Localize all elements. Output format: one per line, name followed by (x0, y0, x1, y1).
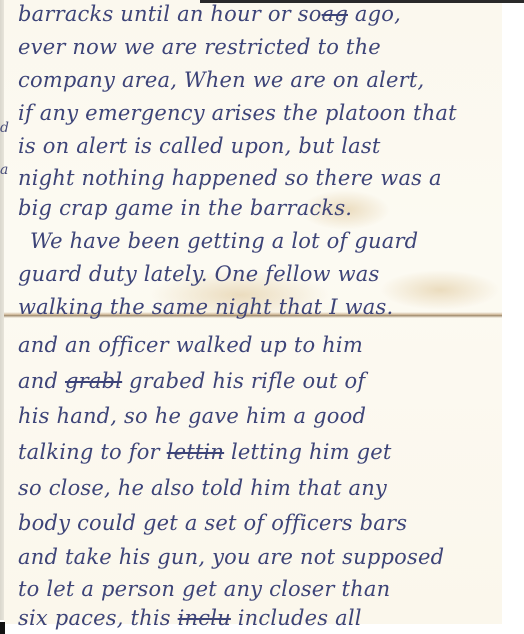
scan-corner-shadow (0, 622, 5, 634)
margin-note: a (0, 162, 8, 178)
line-text: letting him get (224, 440, 391, 464)
margin-note: d (0, 120, 9, 136)
line-text: and (18, 369, 58, 393)
text-line: We have been getting a lot of guard (30, 229, 418, 253)
text-line: is on alert is called upon, but last (18, 134, 380, 158)
struck-word: lettin (167, 440, 224, 464)
text-line: so close, he also told him that any (18, 476, 387, 500)
line-text: barracks until an hour or so (18, 2, 322, 26)
text-line: talking to for lettin letting him get (18, 440, 392, 464)
struck-word: grabl (65, 369, 122, 393)
text-line: barracks until an hour or soag ago, (18, 2, 401, 26)
line-text: six paces, this (18, 606, 171, 630)
struck-word: inclu (178, 606, 231, 630)
text-line: body could get a set of officers bars (18, 511, 407, 535)
text-line: and an officer walked up to him (18, 333, 363, 357)
text-line: six paces, this inclu includes all (18, 606, 362, 630)
text-line: and grabl grabed his rifle out of (18, 369, 365, 393)
text-line: to let a person get any closer than (18, 577, 390, 601)
struck-word: ag (322, 2, 348, 26)
scanned-letter: d a barracks until an hour or soag ago, … (0, 0, 524, 634)
text-line: if any emergency arises the platoon that (18, 101, 457, 125)
line-text: ago, (348, 2, 401, 26)
text-line: big crap game in the barracks. (18, 196, 352, 220)
line-text: includes all (231, 606, 362, 630)
text-line: walking the same night that I was. (18, 295, 393, 319)
line-text: grabed his rifle out of (122, 369, 365, 393)
text-line: his hand, so he gave him a good (18, 404, 366, 428)
text-line: company area, When we are on alert, (18, 68, 424, 92)
line-text: talking to for (18, 440, 160, 464)
text-line: night nothing happened so there was a (18, 166, 442, 190)
water-stain (380, 270, 500, 310)
text-line: ever now we are restricted to the (18, 35, 381, 59)
text-line: and take his gun, you are not supposed (18, 545, 444, 569)
text-line: guard duty lately. One fellow was (18, 262, 379, 286)
